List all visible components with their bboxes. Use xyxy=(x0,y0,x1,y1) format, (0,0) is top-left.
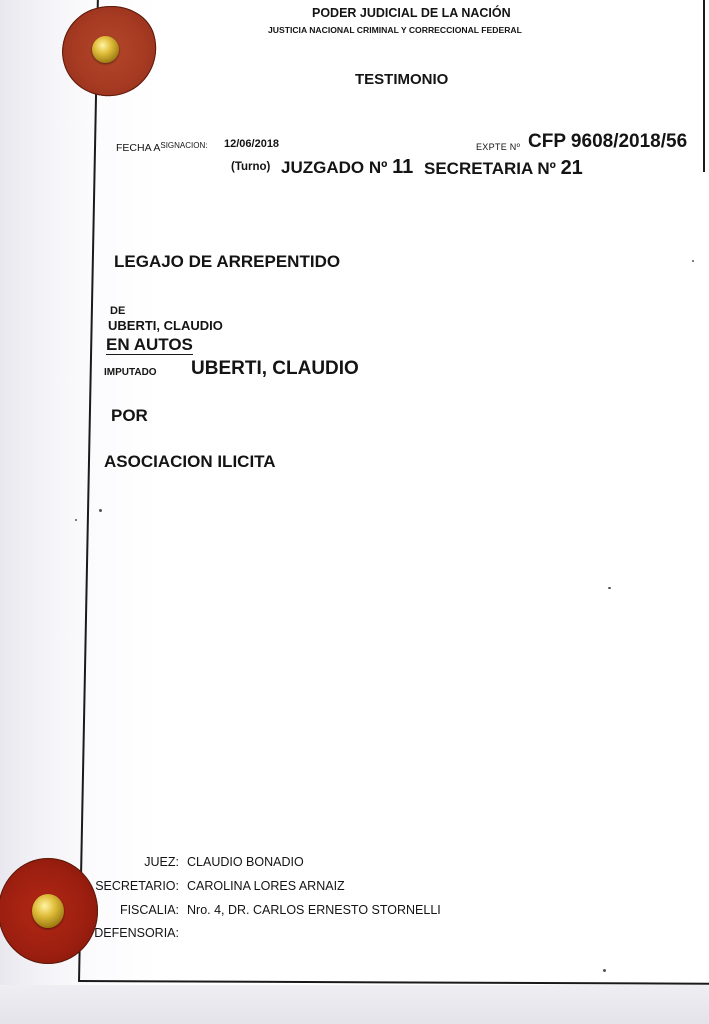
expediente-label: EXPTE Nº xyxy=(476,142,520,152)
rivet-bottom-icon xyxy=(32,894,64,928)
fecha-label-suffix: SIGNACION: xyxy=(160,141,207,150)
court-subheading: JUSTICIA NACIONAL CRIMINAL Y CORRECCIONA… xyxy=(268,25,522,35)
document-type-title: TESTIMONIO xyxy=(355,71,448,88)
institution-heading: PODER JUDICIAL DE LA NACIÓN xyxy=(312,6,511,20)
por-label: POR xyxy=(111,406,148,426)
de-value: UBERTI, CLAUDIO xyxy=(108,318,223,333)
imputado-label: IMPUTADO xyxy=(104,367,157,378)
secretaria-label: SECRETARIA Nº xyxy=(424,159,556,178)
secretaria-number: 21 xyxy=(561,157,583,179)
fiscalia-value: Nro. 4, DR. CARLOS ERNESTO STORNELLI xyxy=(187,903,441,917)
juzgado-label: JUZGADO Nº xyxy=(281,158,387,177)
turno-label: (Turno) xyxy=(231,161,270,173)
frame-border-left xyxy=(78,0,99,982)
juez-value: CLAUDIO BONADIO xyxy=(187,855,304,869)
imputado-value: UBERTI, CLAUDIO xyxy=(191,358,359,380)
juzgado-field: JUZGADO Nº 11 xyxy=(281,156,413,179)
en-autos-label: EN AUTOS xyxy=(106,335,193,355)
page-edge-shadow xyxy=(0,985,709,1024)
fecha-label-prefix: FECHA A xyxy=(116,142,160,154)
fecha-asignacion-label: FECHA ASIGNACION: xyxy=(116,142,207,154)
rivet-top-icon xyxy=(92,36,119,63)
ink-speck xyxy=(692,260,694,262)
ink-speck xyxy=(603,969,606,972)
ink-speck xyxy=(608,587,611,589)
ink-speck xyxy=(75,519,77,521)
juzgado-number: 11 xyxy=(392,156,413,178)
ink-speck xyxy=(99,509,102,512)
de-label: DE xyxy=(110,305,125,317)
secretaria-field: SECRETARIA Nº 21 xyxy=(424,157,583,180)
delito-value: ASOCIACION ILICITA xyxy=(104,452,276,472)
case-title: LEGAJO DE ARREPENTIDO xyxy=(114,252,340,272)
fecha-asignacion-value: 12/06/2018 xyxy=(224,138,279,150)
expediente-number: CFP 9608/2018/56 xyxy=(528,131,687,153)
secretario-value: CAROLINA LORES ARNAIZ xyxy=(187,879,345,893)
frame-border-right xyxy=(703,0,705,172)
